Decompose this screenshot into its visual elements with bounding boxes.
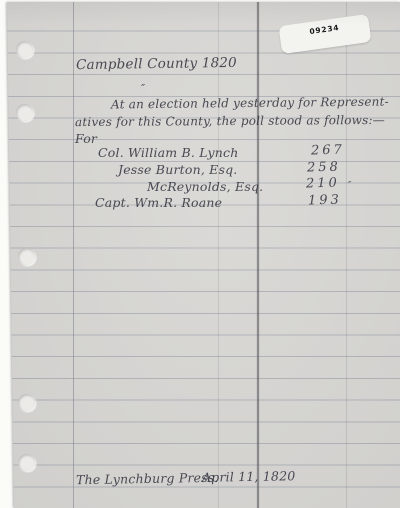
fold-crease-center [257,0,259,508]
candidate-votes-4: 193 [308,193,342,209]
paper-shadow: 09234 Campbell County 1820 ″ At an elect… [0,0,400,508]
fold-crease-right [346,0,347,508]
body-line-3: For [75,131,97,146]
punch-hole-4 [18,394,35,411]
paper-sheet: 09234 Campbell County 1820 ″ At an elect… [0,0,400,508]
candidate-votes-3: 210 [306,176,340,192]
candidate-name-2: Jesse Burton, Esq. [118,162,237,177]
punch-hole-5 [18,454,35,471]
catalog-number: 09234 [309,23,340,36]
scanned-page: 09234 Campbell County 1820 ″ At an elect… [0,0,400,508]
candidate-name-4: Capt. Wm.R. Roane [95,195,222,210]
candidate-name-1: Col. William B. Lynch [98,145,239,160]
opening-quote-mark: ″ [141,82,145,95]
catalog-sticker: 09234 [278,14,371,54]
footer-date: April 11, 1820 [202,468,296,485]
punch-hole-3 [18,248,35,265]
body-line-2: atives for this County, the poll stood a… [75,113,385,129]
candidate-name-3: McReynolds, Esq. [147,179,263,194]
ditto-quote-mark: ″ [348,181,352,191]
fold-crease-left [218,0,219,508]
body-line-1: At an election held yesterday for Repres… [111,95,389,112]
candidate-votes-2: 258 [307,160,341,176]
margin-rule-line [73,0,74,508]
punch-hole-2 [16,104,33,121]
punch-hole-1 [16,41,33,58]
document-heading: Campbell County 1820 [76,55,237,73]
footer-source: The Lynchburg Press. [76,470,219,487]
candidate-votes-1: 267 [311,143,345,159]
